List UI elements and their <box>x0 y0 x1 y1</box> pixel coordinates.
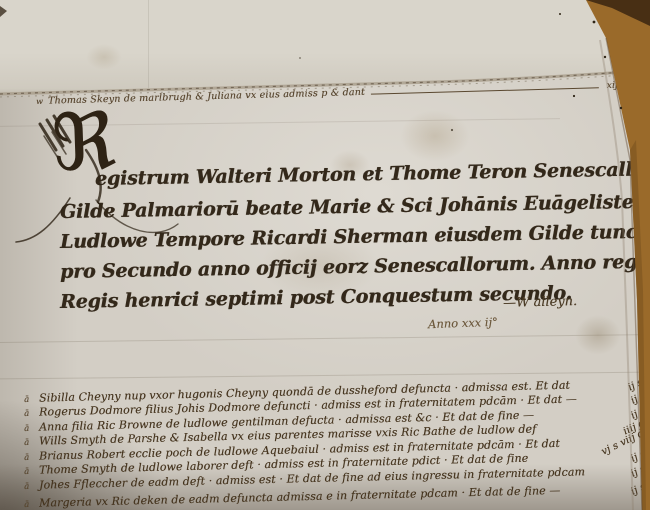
entry-amount: ij s <box>629 481 647 497</box>
heading-line-1: egistrum Walteri Morton et Thome Teron S… <box>95 158 650 190</box>
entry-amount: ij s <box>629 463 647 479</box>
annotation-marker: w <box>36 97 43 106</box>
entry-amount: ij s <box>629 390 647 406</box>
entry-marker: ā <box>24 482 39 492</box>
crease-line <box>0 334 650 343</box>
heading-line-2: Gilde Palmariorū beate Marie & Sci Joha… <box>60 190 650 223</box>
entry-marker: ā <box>24 395 39 405</box>
entry-marker: ā <box>24 467 39 477</box>
marginal-note: —W alleyn. <box>503 294 577 311</box>
year-note: Anno xxx ij° <box>428 315 498 331</box>
entry-marker: ā <box>24 409 39 419</box>
entry-amount: ij s <box>629 448 647 464</box>
manuscript-photo: w Thomas Skeyn de marlbrugh & Juliana vx… <box>0 0 650 510</box>
annotation-dash <box>371 87 599 94</box>
entry-marker: ā <box>24 438 39 448</box>
heading-line-5: Regis henrici septimi post Conquestum se… <box>60 282 572 313</box>
annotation-amount: xij d inst <box>607 80 648 91</box>
heading-line-3: Ludlowe Tempore Ricardi Sherman eiusdem … <box>60 220 650 253</box>
entry-marker: ā <box>24 424 39 434</box>
entry-marker: ā <box>24 500 39 510</box>
heading-line-4: pro Secundo anno officij eorz Senescallo… <box>60 251 650 283</box>
stain <box>400 110 470 162</box>
entry-marker: ā <box>24 453 39 463</box>
crease-line <box>148 0 149 88</box>
